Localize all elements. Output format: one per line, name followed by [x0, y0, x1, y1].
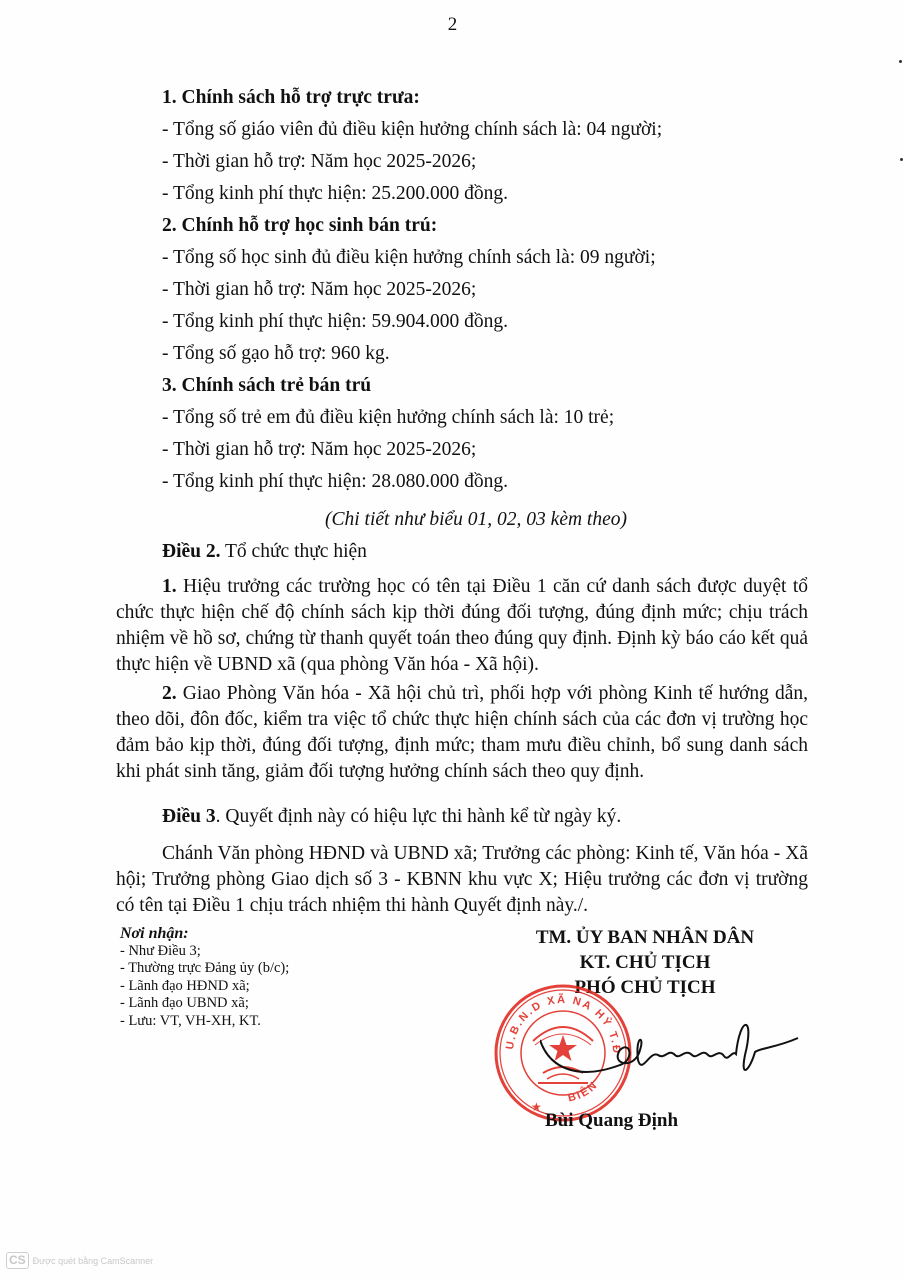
bullet-item: - Tổng kinh phí thực hiện: 28.080.000 đồ… — [162, 466, 614, 498]
section-title: 3. Chính sách trẻ bán trú — [162, 370, 614, 402]
article-2-label: Điều 2. — [162, 541, 221, 562]
policy-section-1: 1. Chính sách hỗ trợ trực trưa: - Tổng s… — [162, 82, 662, 210]
scanner-text: Được quét bằng CamScanner — [33, 1256, 154, 1266]
policy-section-3: 3. Chính sách trẻ bán trú - Tổng số trẻ … — [162, 370, 614, 498]
bullet-item: - Thời gian hỗ trợ: Năm học 2025-2026; — [162, 146, 662, 178]
signature-line-1: TM. ỦY BAN NHÂN DÂN — [480, 925, 810, 950]
article-3-text: . Quyết định này có hiệu lực thi hành kể… — [216, 806, 622, 827]
signer-name: Bùi Quang Định — [545, 1110, 678, 1132]
bullet-item: - Thời gian hỗ trợ: Năm học 2025-2026; — [162, 274, 656, 306]
scan-speck — [900, 158, 903, 161]
recipient-item: - Lãnh đạo HĐND xã; — [120, 978, 289, 996]
article-3-paragraph: Chánh Văn phòng HĐND và UBND xã; Trưởng … — [116, 841, 808, 919]
recipients-title: Nơi nhận: — [120, 925, 289, 943]
item-text: Giao Phòng Văn hóa - Xã hội chủ trì, phố… — [116, 683, 808, 782]
article-2-title: Tổ chức thực hiện — [221, 541, 367, 562]
scan-speck — [899, 60, 902, 63]
policy-section-2: 2. Chính hỗ trợ học sinh bán trú: - Tổng… — [162, 210, 656, 370]
handwritten-signature-icon — [540, 1010, 800, 1090]
bullet-item: - Tổng kinh phí thực hiện: 25.200.000 đồ… — [162, 178, 662, 210]
recipient-item: - Thường trực Đảng ủy (b/c); — [120, 960, 289, 978]
bullet-item: - Tổng số học sinh đủ điều kiện hưởng ch… — [162, 242, 656, 274]
article-3-heading: Điều 3. Quyết định này có hiệu lực thi h… — [162, 806, 621, 828]
recipient-item: - Lưu: VT, VH-XH, KT. — [120, 1013, 289, 1031]
bullet-item: - Tổng kinh phí thực hiện: 59.904.000 đồ… — [162, 306, 656, 338]
item-number: 1. — [162, 576, 177, 597]
item-number: 2. — [162, 683, 177, 704]
article-2-heading: Điều 2. Tổ chức thực hiện — [162, 541, 367, 563]
bullet-item: - Tổng số giáo viên đủ điều kiện hưởng c… — [162, 114, 662, 146]
item-text: Hiệu trưởng các trường học có tên tại Đi… — [116, 576, 808, 675]
bullet-item: - Thời gian hỗ trợ: Năm học 2025-2026; — [162, 434, 614, 466]
recipient-item: - Lãnh đạo UBND xã; — [120, 995, 289, 1013]
article-3-label: Điều 3 — [162, 806, 216, 827]
page-number: 2 — [0, 14, 905, 36]
article-2-item-1: 1. Hiệu trưởng các trường học có tên tại… — [116, 574, 808, 678]
signature-line-2: KT. CHỦ TỊCH — [480, 950, 810, 975]
camscanner-logo-icon: CS — [6, 1252, 29, 1269]
section-title: 1. Chính sách hỗ trợ trực trưa: — [162, 82, 662, 114]
recipients-block: Nơi nhận: - Như Điều 3; - Thường trực Đả… — [120, 925, 289, 1030]
scanner-watermark: CS Được quét bằng CamScanner — [6, 1252, 153, 1269]
section-title: 2. Chính hỗ trợ học sinh bán trú: — [162, 210, 656, 242]
bullet-item: - Tổng số gạo hỗ trợ: 960 kg. — [162, 338, 656, 370]
bullet-item: - Tổng số trẻ em đủ điều kiện hưởng chín… — [162, 402, 614, 434]
article-2-item-2: 2. Giao Phòng Văn hóa - Xã hội chủ trì, … — [116, 681, 808, 785]
attachment-note: (Chi tiết như biểu 01, 02, 03 kèm theo) — [325, 509, 627, 531]
svg-text:★: ★ — [531, 1100, 542, 1114]
recipient-item: - Như Điều 3; — [120, 943, 289, 961]
